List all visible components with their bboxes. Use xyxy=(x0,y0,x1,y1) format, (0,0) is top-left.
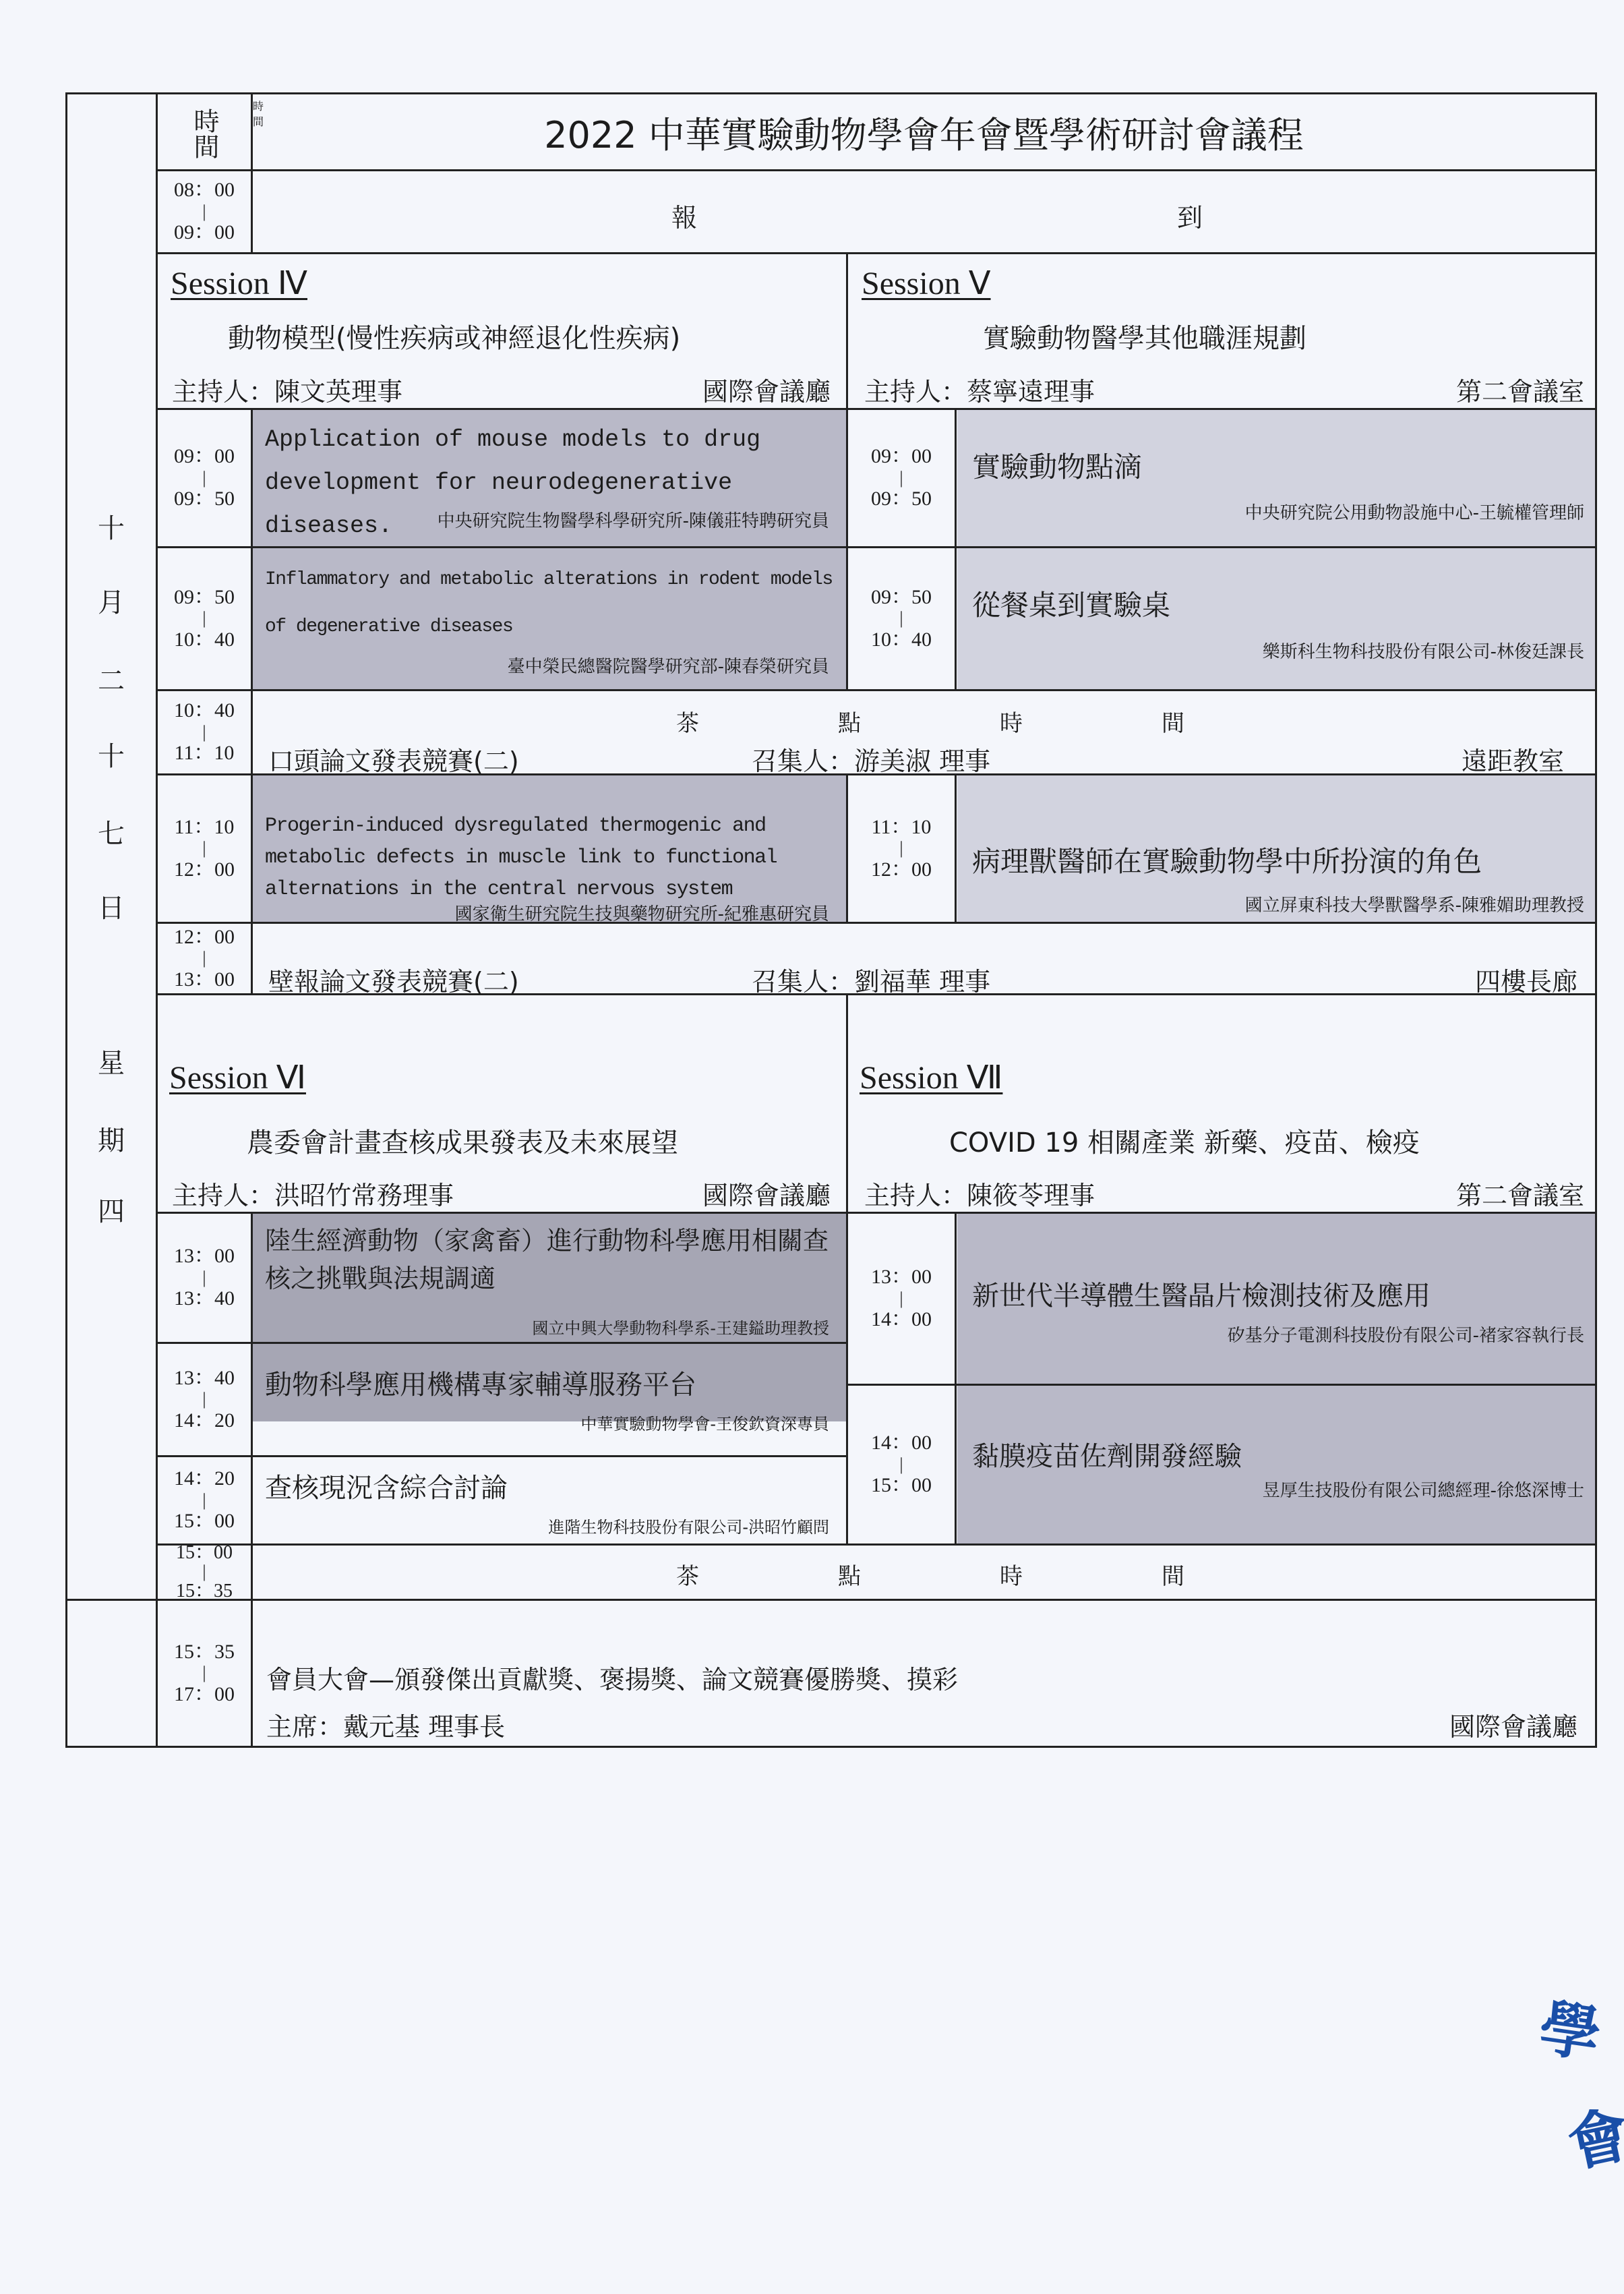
talk-speaker: 臺中榮民總醫院醫學研究部-陳春榮研究員 xyxy=(256,653,829,678)
time-end: 10：40 xyxy=(871,628,932,652)
time-end: 15：00 xyxy=(871,1474,932,1498)
time-start: 09：50 xyxy=(174,586,235,610)
date-char: 日 xyxy=(65,887,157,925)
time-end: 14：20 xyxy=(174,1409,235,1433)
time-end: 14：00 xyxy=(871,1308,932,1332)
talk-title: Inflammatory and metabolic alterations i… xyxy=(265,556,845,651)
time-start: 14：00 xyxy=(871,1432,932,1455)
tea-break-label: 茶 點 時 間 xyxy=(607,1558,1254,1591)
time-end: 15：35 xyxy=(176,1582,233,1601)
time-separator: | xyxy=(202,1664,206,1683)
society-seal-stamp: 會 xyxy=(1559,2085,1624,2183)
society-seal-stamp: 學 xyxy=(1534,1978,1606,2074)
tea-break-char: 點 xyxy=(838,705,861,738)
session-vi-label: Session Ⅵ xyxy=(169,1059,306,1096)
time-end: 11：10 xyxy=(175,742,235,765)
talk-title: 陸生經濟動物（家禽畜）進行動物科學應用相關查核之挑戰與法規調適 xyxy=(265,1222,831,1297)
time-start: 15：00 xyxy=(176,1543,233,1562)
time-separator: | xyxy=(202,949,206,968)
time-separator: | xyxy=(202,723,206,742)
talk-speaker: 中華實驗動物學會-王俊欽資深專員 xyxy=(256,1411,829,1434)
talk-title: 動物科學應用機構專家輔導服務平台 xyxy=(265,1363,696,1402)
time-start: 10：40 xyxy=(174,699,235,723)
weekday-char: 四 xyxy=(65,1190,157,1229)
talk-speaker: 中央研究院生物醫學科學研究所-陳儀莊特聘研究員 xyxy=(256,507,829,532)
time-slot: 15：35 | 17：00 xyxy=(158,1601,251,1746)
session-v-label: Session Ⅴ xyxy=(862,264,991,302)
talk-title: 病理獸醫師在實驗動物學中所扮演的角色 xyxy=(972,840,1482,880)
time-start: 15：35 xyxy=(174,1641,235,1664)
time-slot: 14：20 | 15：00 xyxy=(158,1457,251,1543)
stamp-char: 學 xyxy=(1535,1993,1605,2071)
session-iv-topic: 動物模型(慢性疾病或神經退化性疾病) xyxy=(228,317,680,355)
time-end: 10：40 xyxy=(174,628,235,652)
tea-break-char: 茶 xyxy=(676,705,699,738)
date-char: 十 xyxy=(65,735,157,773)
registration-label: 報 到 xyxy=(431,197,1443,234)
tea-break-char: 茶 xyxy=(676,1558,699,1591)
time-header-text: 時間 xyxy=(188,108,220,159)
tea-break-char: 點 xyxy=(838,1558,861,1591)
oral-competition-convener: 召集人：游美淑 理事 xyxy=(752,740,990,777)
session-vii-label: Session Ⅶ xyxy=(860,1059,1002,1096)
session-iv-host: 主持人：陳文英理事 xyxy=(172,371,402,408)
talk-title: 新世代半導體生醫晶片檢測技術及應用 xyxy=(972,1274,1431,1313)
time-separator: | xyxy=(899,1455,903,1475)
time-separator: | xyxy=(202,839,206,858)
oral-competition-title: 口頭論文發表競賽(二) xyxy=(268,740,519,777)
time-separator: | xyxy=(899,609,903,628)
time-separator: | xyxy=(202,1562,206,1582)
session-vii-topic: COVID 19 相關產業 新藥、疫苗、檢疫 xyxy=(949,1121,1420,1160)
time-slot: 13：40 | 14：20 xyxy=(158,1344,251,1455)
time-start: 09：00 xyxy=(174,445,235,469)
stamp-char: 會 xyxy=(1562,2099,1624,2181)
weekday-char: 期 xyxy=(65,1119,157,1158)
talk-speaker: 國立中興大學動物科學系-王建鎰助理教授 xyxy=(256,1315,829,1339)
talk-title: Progerin-induced dysregulated thermogeni… xyxy=(265,811,845,906)
session-vi-host: 主持人：洪昭竹常務理事 xyxy=(172,1175,454,1212)
time-separator: | xyxy=(899,469,903,488)
time-slot: 12：00 | 13：00 xyxy=(158,924,251,993)
time-start: 13：40 xyxy=(174,1367,235,1390)
general-assembly-chair: 主席：戴元基 理事長 xyxy=(266,1706,505,1743)
time-end: 12：00 xyxy=(871,858,932,882)
talk-title: 黏膜疫苗佐劑開發經驗 xyxy=(972,1435,1242,1473)
time-slot: 13：00 | 14：00 xyxy=(848,1214,955,1384)
talk-speaker: 國家衛生研究院生技與藥物研究所-紀雅惠研究員 xyxy=(256,900,829,925)
registration-char: 到 xyxy=(1177,197,1203,234)
time-start: 08：00 xyxy=(174,179,235,202)
time-slot: 14：00 | 15：00 xyxy=(848,1386,955,1543)
general-assembly-room: 國際會議廳 xyxy=(1348,1706,1577,1743)
tea-break-char: 間 xyxy=(1162,1558,1184,1591)
page-title: 2022 中華實驗動物學會年會暨學術研討會議程 xyxy=(253,107,1595,158)
talk-speaker: 矽基分子電測科技股份有限公司-褚家容執行長 xyxy=(971,1322,1584,1347)
tea-break-label: 茶 點 時 間 xyxy=(607,705,1254,738)
talk-speaker: 國立屏東科技大學獸醫學系-陳雅媚助理教授 xyxy=(971,891,1584,916)
time-slot: 11：10 | 12：00 xyxy=(848,775,955,922)
time-column-header-label: 時間 xyxy=(158,98,251,169)
tea-break-char: 間 xyxy=(1162,705,1184,738)
time-end: 09：50 xyxy=(174,488,235,511)
date-char: 十 xyxy=(65,507,157,546)
time-end: 13：40 xyxy=(174,1287,235,1311)
date-char: 二 xyxy=(65,659,157,698)
session-vii-host: 主持人：陳筱苓理事 xyxy=(864,1175,1095,1212)
talk-speaker: 中央研究院公用動物設施中心-王毓權管理師 xyxy=(971,499,1584,524)
time-separator: | xyxy=(202,202,206,222)
time-separator: | xyxy=(202,609,206,628)
session-v-topic: 實驗動物醫學其他職涯規劃 xyxy=(983,317,1306,355)
time-start: 09：00 xyxy=(871,445,932,469)
time-end: 12：00 xyxy=(174,858,235,882)
session-vi-room: 國際會議廳 xyxy=(674,1175,831,1212)
date-char: 月 xyxy=(65,581,157,620)
poster-competition-title: 壁報論文發表競賽(二) xyxy=(268,961,519,998)
time-end: 09：00 xyxy=(174,221,235,245)
time-start: 12：00 xyxy=(174,926,235,949)
talk-speaker: 進階生物科技股份有限公司-洪昭竹顧問 xyxy=(256,1514,829,1537)
time-slot: 15：00 | 15：35 xyxy=(158,1546,251,1599)
talk-title: 實驗動物點滴 xyxy=(972,445,1142,486)
time-start: 13：00 xyxy=(174,1245,235,1268)
time-slot: 09：00 | 09：50 xyxy=(158,410,251,546)
session-iv-label: Session Ⅳ xyxy=(171,264,307,302)
weekday-char: 星 xyxy=(65,1042,157,1080)
time-separator: | xyxy=(202,1268,206,1288)
time-slot: 11：10 | 12：00 xyxy=(158,775,251,922)
time-slot: 10：40 | 11：10 xyxy=(158,691,251,773)
time-slot: 09：50 | 10：40 xyxy=(158,548,251,689)
tea-break-char: 時 xyxy=(1000,705,1023,738)
session-v-room: 第二會議室 xyxy=(1389,371,1584,408)
time-separator: | xyxy=(202,1390,206,1409)
time-slot: 09：00 | 09：50 xyxy=(848,410,955,546)
talk-speaker: 昱厚生技股份有限公司總經理-徐悠深博士 xyxy=(971,1477,1584,1502)
poster-competition-room: 四樓長廊 xyxy=(1348,961,1577,998)
time-start: 09：50 xyxy=(871,586,932,610)
time-separator: | xyxy=(899,1289,903,1309)
registration-char: 報 xyxy=(671,197,697,234)
time-start: 11：10 xyxy=(175,816,235,840)
talk-speaker: 樂斯科生物科技股份有限公司-林俊廷課長 xyxy=(971,638,1584,663)
time-start: 11：10 xyxy=(872,816,932,840)
time-separator: | xyxy=(202,1491,206,1510)
session-iv-room: 國際會議廳 xyxy=(674,371,831,408)
time-separator: | xyxy=(202,469,206,488)
talk-title: 從餐桌到實驗桌 xyxy=(972,583,1170,624)
time-end: 09：50 xyxy=(871,488,932,511)
tea-break-char: 時 xyxy=(1000,1558,1023,1591)
time-end: 15：00 xyxy=(174,1510,235,1533)
oral-competition-room: 遠距教室 xyxy=(1348,740,1564,777)
session-v-host: 主持人：蔡寧遠理事 xyxy=(864,371,1095,408)
talk-title: 查核現況含綜合討論 xyxy=(265,1467,508,1505)
date-char: 七 xyxy=(65,813,157,851)
time-end: 17：00 xyxy=(174,1683,235,1707)
poster-competition-convener: 召集人：劉福華 理事 xyxy=(752,961,990,998)
time-start: 14：20 xyxy=(174,1467,235,1491)
session-vii-room: 第二會議室 xyxy=(1389,1175,1584,1212)
time-start: 13：00 xyxy=(871,1266,932,1289)
time-slot: 09：50 | 10：40 xyxy=(848,548,955,689)
general-assembly-title: 會員大會—頒發傑出貢獻獎、褒揚獎、論文競賽優勝獎、摸彩 xyxy=(266,1659,958,1696)
time-slot: 08：00 | 09：00 xyxy=(158,171,251,252)
time-separator: | xyxy=(899,839,903,858)
session-vi-topic: 農委會計畫查核成果發表及未來展望 xyxy=(247,1121,678,1160)
time-end: 13：00 xyxy=(174,968,235,992)
time-slot: 13：00 | 13：40 xyxy=(158,1214,251,1342)
